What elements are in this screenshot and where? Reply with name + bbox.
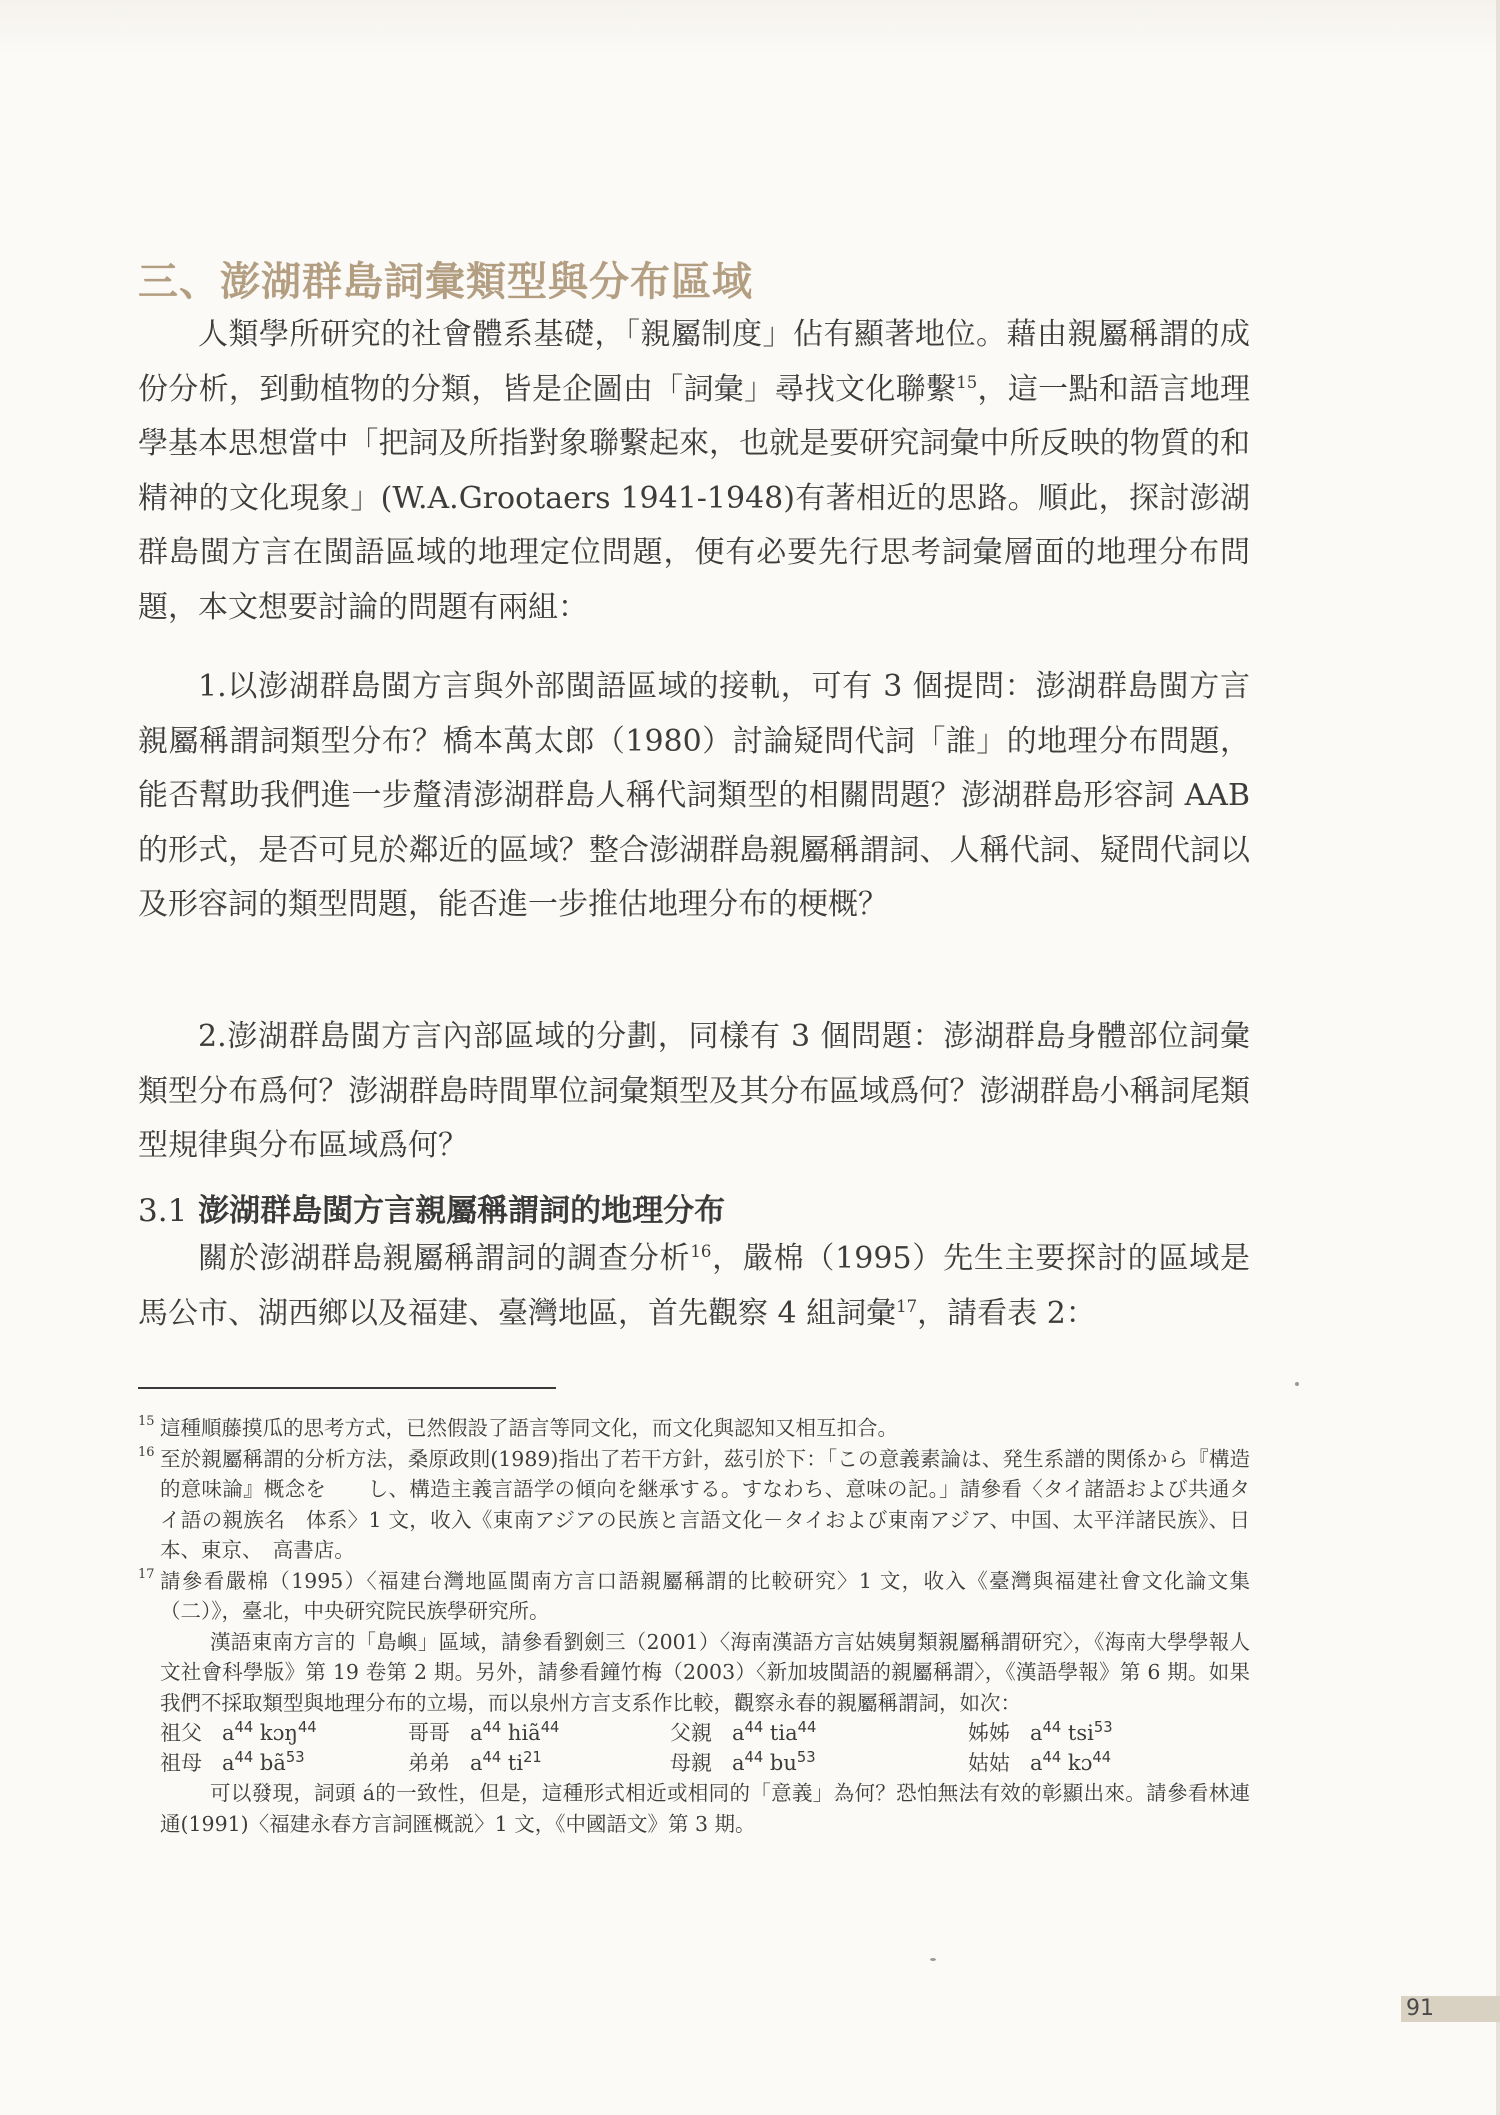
paragraph-1: 人類學所研究的社會體系基礎，「親屬制度」佔有顯著地位。藉由親屬稱謂的成份分析，到… xyxy=(138,308,1250,635)
footnote-16: 16 至於親屬稱謂的分析方法，桑原政則(1989)指出了若干方針，茲引於下：「こ… xyxy=(138,1444,1250,1566)
kinship-term: 哥哥a44 hiã44 xyxy=(408,1718,670,1748)
kinship-term: 祖父a44 kɔŋ44 xyxy=(160,1718,408,1748)
footnote-ref-15[interactable]: 15 xyxy=(956,373,977,392)
footnote-17-conclusion: 可以發現，詞頭 á的一致性，但是，這種形式相近或相同的「意義」為何？恐怕無法有效… xyxy=(138,1778,1250,1839)
paragraph-text: ，請看表 2： xyxy=(917,1296,1096,1331)
page-edge xyxy=(1496,0,1500,2115)
page-top-strip xyxy=(0,0,1500,55)
paragraph-2: 1.以澎湖群島閩方言與外部閩語區域的接軌，可有 3 個提問：澎湖群島閩方言親屬稱… xyxy=(138,660,1250,933)
paragraph-3: 2.澎湖群島閩方言內部區域的分劃，同樣有 3 個問題：澎湖群島身體部位詞彙類型分… xyxy=(138,1010,1250,1174)
footnote-number: 15 xyxy=(138,1407,155,1438)
subsection-title: 澎湖群島閩方言親屬稱謂詞的地理分布 xyxy=(198,1193,725,1229)
kinship-terms-grid: 祖父a44 kɔŋ44 哥哥a44 hiã44 父親a44 tia44 姊姊a4… xyxy=(138,1718,1250,1778)
section-title: 三、澎湖群島詞彙類型與分布區域 xyxy=(138,250,753,307)
footnote-17: 17 請參看嚴棉（1995）〈福建台灣地區閩南方言口語親屬稱謂的比較研究〉1 文… xyxy=(138,1566,1250,1627)
kinship-term: 姑姑a44 kɔ44 xyxy=(968,1748,1228,1778)
footnotes: 15 這種順藤摸瓜的思考方式，已然假設了語言等同文化，而文化與認知又相互扣合。 … xyxy=(138,1413,1250,1839)
paragraph-text: 關於澎湖群島親屬稱謂詞的調查分析 xyxy=(198,1241,690,1276)
scan-speck xyxy=(930,1958,936,1961)
page-number: 91 xyxy=(1401,1996,1500,2022)
footnote-number: 16 xyxy=(138,1438,155,1469)
kinship-term: 姊姊a44 tsi53 xyxy=(968,1718,1228,1748)
kinship-term: 母親a44 bu53 xyxy=(670,1748,968,1778)
footnote-text: 請參看嚴棉（1995）〈福建台灣地區閩南方言口語親屬稱謂的比較研究〉1 文，收入… xyxy=(160,1569,1250,1624)
kinship-term: 父親a44 tia44 xyxy=(670,1718,968,1748)
footnote-text: 這種順藤摸瓜的思考方式，已然假設了語言等同文化，而文化與認知又相互扣合。 xyxy=(160,1416,898,1440)
footnote-text: 至於親屬稱謂的分析方法，桑原政則(1989)指出了若干方針，茲引於下：「この意義… xyxy=(160,1447,1250,1563)
kinship-term: 弟弟a44 ti21 xyxy=(408,1748,670,1778)
paragraph-text: ，這一點和語言地理學基本思想當中「把詞及所指對象聯繫起來，也就是要研究詞彙中所反… xyxy=(138,372,1250,625)
footnote-17-continuation: 漢語東南方言的「島嶼」區域，請參看劉劍三（2001）〈海南漢語方言姑姨舅類親屬稱… xyxy=(138,1627,1250,1719)
footnote-ref-17[interactable]: 17 xyxy=(896,1297,917,1316)
kinship-term: 祖母a44 bã53 xyxy=(160,1748,408,1778)
scan-speck xyxy=(1295,1382,1299,1386)
footnote-number: 17 xyxy=(138,1560,155,1591)
footnote-ref-16[interactable]: 16 xyxy=(690,1242,711,1261)
subsection-heading: 3.1 澎湖群島閩方言親屬稱謂詞的地理分布 xyxy=(138,1185,725,1230)
footnote-divider xyxy=(138,1387,556,1389)
paragraph-4: 關於澎湖群島親屬稱謂詞的調查分析16，嚴棉（1995）先生主要探討的區域是馬公市… xyxy=(138,1232,1250,1341)
subsection-number: 3.1 xyxy=(138,1193,187,1229)
footnote-15: 15 這種順藤摸瓜的思考方式，已然假設了語言等同文化，而文化與認知又相互扣合。 xyxy=(138,1413,1250,1444)
